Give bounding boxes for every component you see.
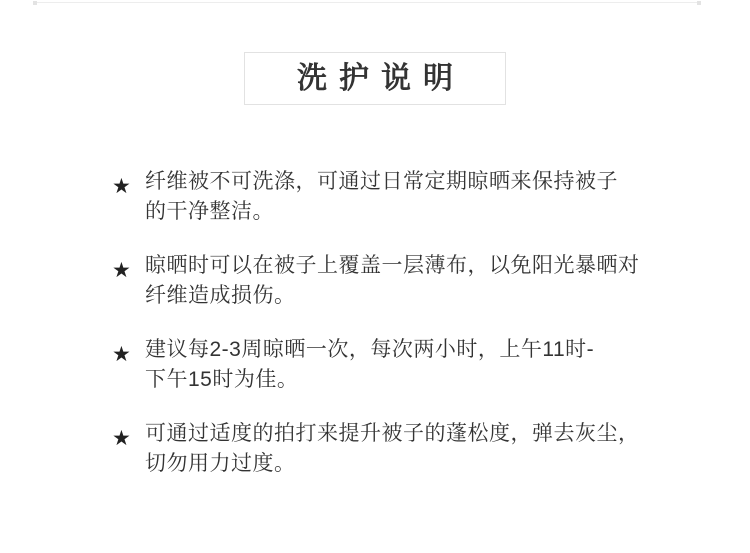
care-item-text: 晾晒时可以在被子上覆盖一层薄布，以免阳光暴晒对 纤维造成损伤。 — [145, 251, 685, 311]
care-instructions-page: 洗护说明 ★ 纤维被不可洗涤，可通过日常定期晾晒来保持被子 的干净整洁。 ★ 晾… — [0, 0, 750, 553]
star-icon: ★ — [112, 419, 145, 454]
care-item: ★ 可通过适度的拍打来提升被子的蓬松度，弹去灰尘， 切勿用力过度。 — [112, 419, 750, 479]
divider-right-cap — [697, 1, 701, 5]
care-item-text: 可通过适度的拍打来提升被子的蓬松度，弹去灰尘， 切勿用力过度。 — [145, 419, 685, 479]
star-icon: ★ — [112, 167, 145, 202]
care-item: ★ 建议每2-3周晾晒一次，每次两小时，上午11时- 下午15时为佳。 — [112, 335, 750, 395]
section-title: 洗护说明 — [297, 64, 465, 94]
care-item-text: 纤维被不可洗涤，可通过日常定期晾晒来保持被子 的干净整洁。 — [145, 167, 685, 227]
star-icon: ★ — [112, 335, 145, 370]
care-item-text: 建议每2-3周晾晒一次，每次两小时，上午11时- 下午15时为佳。 — [145, 335, 685, 395]
care-item: ★ 晾晒时可以在被子上覆盖一层薄布，以免阳光暴晒对 纤维造成损伤。 — [112, 251, 750, 311]
star-icon: ★ — [112, 251, 145, 286]
care-item: ★ 纤维被不可洗涤，可通过日常定期晾晒来保持被子 的干净整洁。 — [112, 167, 750, 227]
divider-left-cap — [33, 1, 37, 5]
care-list: ★ 纤维被不可洗涤，可通过日常定期晾晒来保持被子 的干净整洁。 ★ 晾晒时可以在… — [0, 167, 750, 503]
section-divider — [35, 2, 699, 3]
section-title-box: 洗护说明 — [244, 52, 506, 105]
